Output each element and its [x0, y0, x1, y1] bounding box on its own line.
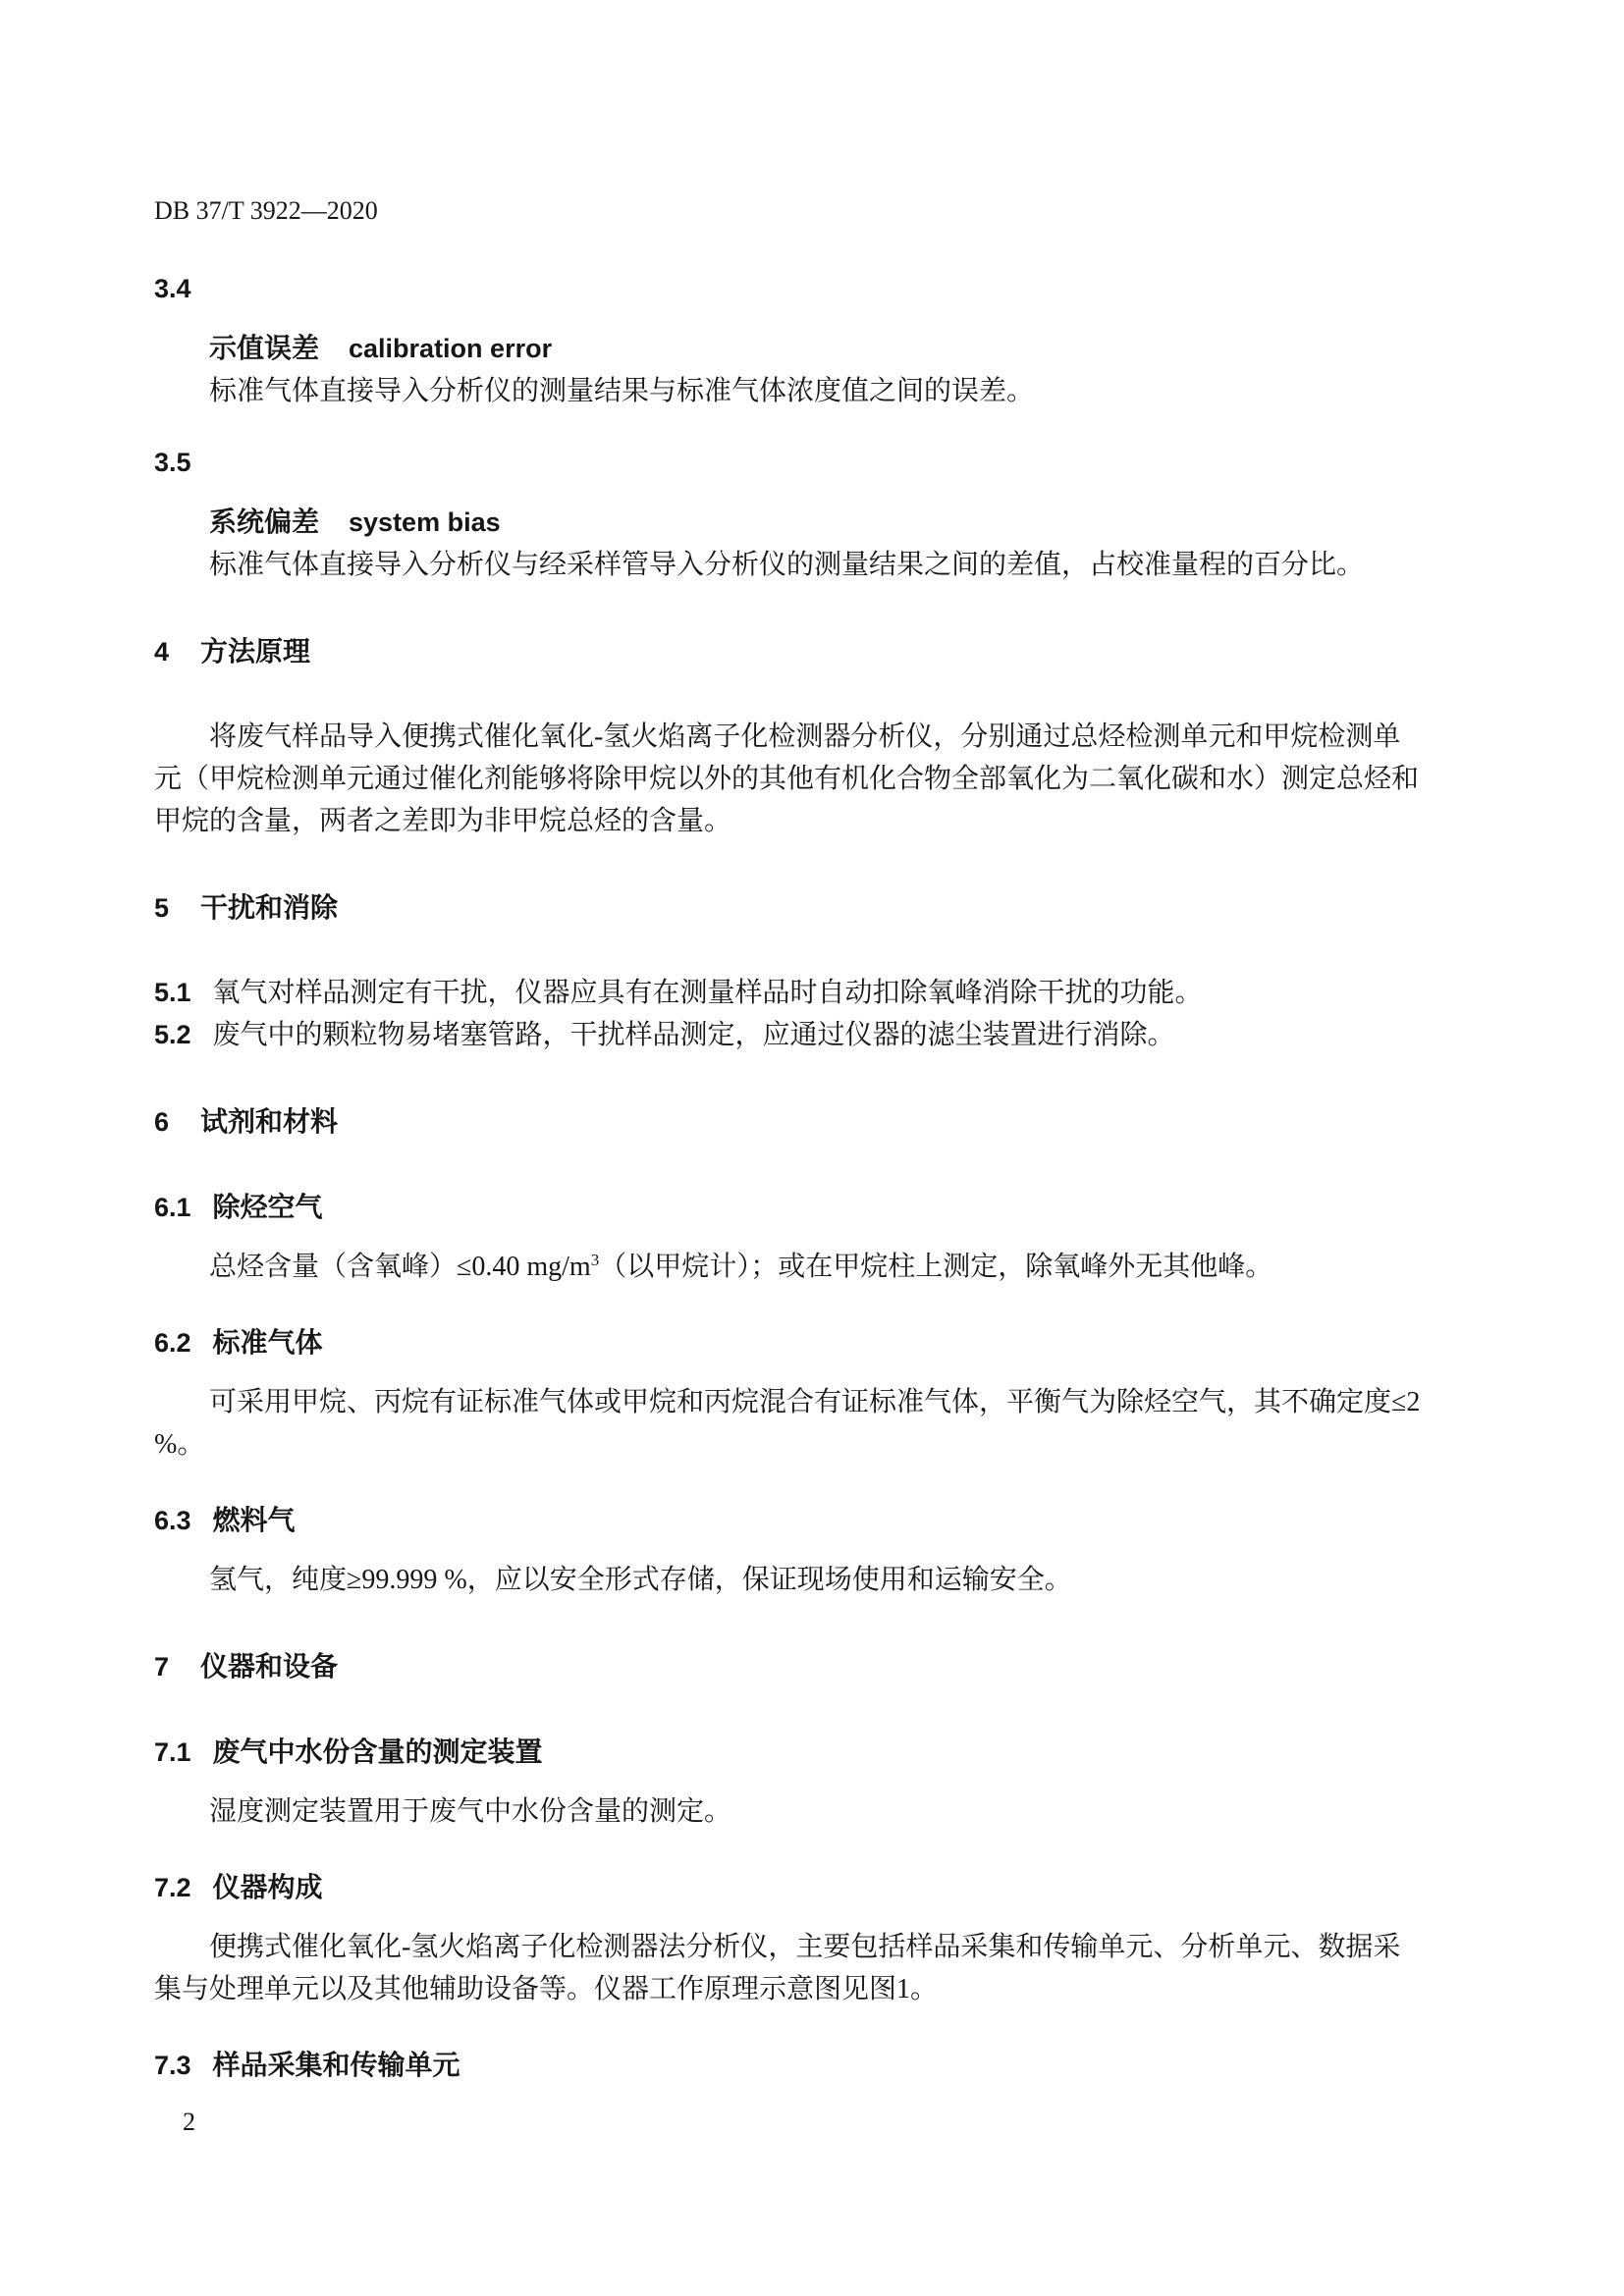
paragraph-6-2-run-0: 可采用甲烷、丙烷有证标准气体或甲烷和丙烷混合有证标准气体，平衡气为除烃空气，其不…	[154, 1387, 1420, 1460]
heading-6-num: 6	[154, 1107, 169, 1137]
heading-7-2: 7.2仪器构成	[154, 1866, 1421, 1909]
term-3-4-zh: 示值误差	[209, 333, 319, 363]
term-3-5-zh: 系统偏差	[209, 507, 319, 537]
paragraph-4-run-0: 将废气样品导入便携式催化氧化-氢火焰离子化检测器分析仪，分别通过总烃检测单元和甲…	[154, 721, 1419, 836]
heading-7-3-title: 样品采集和传输单元	[213, 2050, 460, 2080]
clause-3-4: 3.4	[154, 268, 1421, 310]
heading-6-3-num: 6.3	[154, 1506, 191, 1535]
clause-5-2: 5.2废气中的颗粒物易堵塞管路，干扰样品测定，应通过仪器的滤尘装置进行消除。	[154, 1014, 1421, 1056]
term-3-4: 示值误差calibration error	[154, 327, 1421, 370]
document-body: 3.4示值误差calibration error标准气体直接导入分析仪的测量结果…	[154, 268, 1421, 2087]
heading-7-num: 7	[154, 1652, 169, 1682]
paragraph-6-1-sup-1: 3	[591, 1251, 600, 1269]
document-page: DB 37/T 3922—2020 3.4示值误差calibration err…	[0, 0, 1624, 2296]
heading-7-title: 仪器和设备	[200, 1651, 338, 1682]
heading-6-title: 试剂和材料	[200, 1106, 338, 1137]
heading-6-2-title: 标准气体	[213, 1327, 323, 1358]
paragraph-7-1-run-0: 湿度测定装置用于废气中水份含量的测定。	[209, 1796, 731, 1827]
heading-6-3-title: 燃料气	[213, 1505, 296, 1535]
heading-6-1-num: 6.1	[154, 1193, 191, 1222]
clause-5-2-text: 废气中的颗粒物易堵塞管路，干扰样品测定，应通过仪器的滤尘装置进行消除。	[213, 1020, 1175, 1050]
clause-5-1-num: 5.1	[154, 978, 191, 1007]
standard-code-header: DB 37/T 3922—2020	[154, 189, 1421, 232]
page-number: 2	[183, 2103, 195, 2142]
paragraph-6-1-run-0: 总烃含量（含氧峰）≤0.40 mg/m	[209, 1252, 591, 1282]
heading-5-title: 干扰和消除	[200, 892, 338, 923]
heading-5: 5干扰和消除	[154, 886, 1421, 930]
heading-4: 4方法原理	[154, 630, 1421, 673]
heading-6-1-title: 除烃空气	[213, 1192, 323, 1222]
heading-6-3: 6.3燃料气	[154, 1499, 1421, 1542]
paragraph-7-1: 湿度测定装置用于废气中水份含量的测定。	[154, 1790, 1421, 1833]
heading-6-2-num: 6.2	[154, 1328, 191, 1358]
heading-4-num: 4	[154, 637, 169, 667]
heading-7: 7仪器和设备	[154, 1645, 1421, 1688]
heading-7-2-title: 仪器构成	[213, 1872, 323, 1902]
clause-5-1-text: 氧气对样品测定有干扰，仪器应具有在测量样品时自动扣除氧峰消除干扰的功能。	[213, 978, 1203, 1008]
document-content: DB 37/T 3922—2020 3.4示值误差calibration err…	[154, 189, 1421, 2104]
heading-7-1: 7.1废气中水份含量的测定装置	[154, 1731, 1421, 1774]
heading-7-1-title: 废气中水份含量的测定装置	[213, 1736, 543, 1767]
definition-3-5: 标准气体直接导入分析仪与经采样管导入分析仪的测量结果之间的差值，占校准量程的百分…	[154, 544, 1421, 586]
heading-6-2: 6.2标准气体	[154, 1321, 1421, 1364]
term-3-4-en: calibration error	[349, 334, 552, 363]
heading-7-2-num: 7.2	[154, 1873, 191, 1902]
paragraph-4: 将废气样品导入便携式催化氧化-氢火焰离子化检测器分析仪，分别通过总烃检测单元和甲…	[154, 716, 1421, 842]
term-3-5: 系统偏差system bias	[154, 501, 1421, 544]
heading-5-num: 5	[154, 893, 169, 923]
term-3-5-en: system bias	[349, 507, 501, 537]
clause-5-1: 5.1氧气对样品测定有干扰，仪器应具有在测量样品时自动扣除氧峰消除干扰的功能。	[154, 972, 1421, 1014]
paragraph-6-1: 总烃含量（含氧峰）≤0.40 mg/m3（以甲烷计）；或在甲烷柱上测定，除氧峰外…	[154, 1246, 1421, 1288]
definition-3-4-run-0: 标准气体直接导入分析仪的测量结果与标准气体浓度值之间的误差。	[209, 376, 1034, 406]
heading-7-3-num: 7.3	[154, 2051, 191, 2080]
paragraph-6-3: 氢气，纯度≥99.999 %，应以安全形式存储，保证现场使用和运输安全。	[154, 1559, 1421, 1601]
paragraph-6-1-run-2: （以甲烷计）；或在甲烷柱上测定，除氧峰外无其他峰。	[599, 1252, 1272, 1282]
heading-6: 6试剂和材料	[154, 1100, 1421, 1144]
definition-3-4: 标准气体直接导入分析仪的测量结果与标准气体浓度值之间的误差。	[154, 370, 1421, 412]
clause-5-2-num: 5.2	[154, 1020, 191, 1049]
heading-4-title: 方法原理	[200, 636, 310, 667]
clause-3-5: 3.5	[154, 442, 1421, 484]
heading-7-3: 7.3样品采集和传输单元	[154, 2044, 1421, 2087]
paragraph-6-2: 可采用甲烷、丙烷有证标准气体或甲烷和丙烷混合有证标准气体，平衡气为除烃空气，其不…	[154, 1381, 1421, 1466]
paragraph-7-2: 便携式催化氧化-氢火焰离子化检测器法分析仪，主要包括样品采集和传输单元、分析单元…	[154, 1926, 1421, 2010]
paragraph-6-3-run-0: 氢气，纯度≥99.999 %，应以安全形式存储，保证现场使用和运输安全。	[209, 1565, 1072, 1595]
definition-3-5-run-0: 标准气体直接导入分析仪与经采样管导入分析仪的测量结果之间的差值，占校准量程的百分…	[209, 550, 1364, 580]
heading-6-1: 6.1除烃空气	[154, 1186, 1421, 1229]
heading-7-1-num: 7.1	[154, 1737, 191, 1767]
paragraph-7-2-run-0: 便携式催化氧化-氢火焰离子化检测器法分析仪，主要包括样品采集和传输单元、分析单元…	[154, 1932, 1400, 2004]
